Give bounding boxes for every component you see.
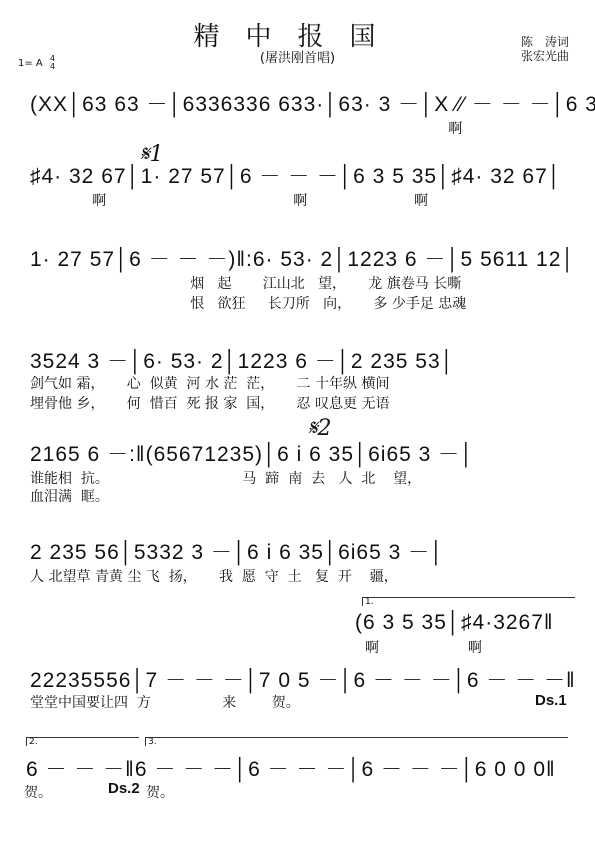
volta-bracket-1: 1. [362, 597, 575, 606]
volta-bracket-3: 3. [145, 737, 568, 746]
lyricist: 陈 涛词 [521, 35, 569, 49]
time-sig-bottom: 4 [50, 62, 55, 71]
lyrics-verse-1: 谁能相 抗。 马 蹄 南 去 人 北 望， [30, 468, 421, 488]
lyrics-verse-2: 埋骨他 乡， 何 惜百 死 报 家 国， 忍 叹息更 无语 [30, 393, 389, 413]
notes: 2 235 56│5332 3 －│6 i 6 35│6i65 3 －│ [30, 536, 444, 566]
score-row-6: 2 235 56│5332 3 －│6 i 6 35│6i65 3 －│ 人 北… [0, 536, 595, 576]
lyrics-verse-2: 恨 欲狂 长刀所 向， 多 少手足 忠魂 [30, 293, 466, 313]
lyrics: 人 北望草 青黄 尘 飞 扬， 我 愿 守 土 复 开 疆， [30, 566, 398, 586]
notes: (XX│63 63 －│6336336 633·│63· 3 －│X ⁄⁄ － … [30, 88, 595, 118]
score-row-9: 2. 3. 6 － － －‖6 － － －│6 － － －│6 － － －│6 … [0, 737, 595, 777]
lyrics: 贺。 [24, 782, 52, 802]
score-row-1: (XX│63 63 －│6336336 633·│63· 3 －│X ⁄⁄ － … [0, 88, 595, 128]
lyrics-verse-1: 烟 起 江山北 望， 龙 旗卷马 长嘶 [30, 273, 461, 293]
time-signature: 4 4 [50, 55, 55, 71]
lyrics: 堂堂中国要让四 方 来 贺。 [30, 692, 300, 712]
lyrics: 啊 啊 [365, 637, 482, 657]
lyrics-verse-2: 血泪满 眶。 [30, 486, 109, 506]
dal-segno-1: Ds.1 [535, 692, 567, 709]
notes: 22235556│7 － － －│7 0 5 －│6 － － －│6 － － －… [30, 664, 576, 694]
notes: 6 － － －‖6 － － －│6 － － －│6 － － －│6 0 0 0‖ [26, 753, 556, 783]
lyrics-verse-1: 剑气如 霜， 心 似黄 河 水 茫 茫， 二 十年纵 横间 [30, 373, 389, 393]
lyrics: 啊 啊 啊 [30, 190, 428, 210]
lyrics: 贺。 [146, 782, 174, 802]
volta-bracket-2: 2. [26, 737, 139, 746]
score-row-2: 𝄋1 ♯4· 32 67│1· 27 57│6 － － －│6 3 5 35│♯… [0, 160, 595, 200]
credits: 陈 涛词 张宏光曲 [521, 35, 569, 63]
notes: 3524 3 －│6· 53· 2│1223 6 －│2 235 53│ [30, 345, 455, 375]
notes: 2165 6 －:‖(65671235)│6 i 6 35│6i65 3 －│ [30, 438, 474, 468]
score-row-4: 3524 3 －│6· 53· 2│1223 6 －│2 235 53│ 剑气如… [0, 345, 595, 385]
score-row-8: 22235556│7 － － －│7 0 5 －│6 － － －│6 － － －… [0, 664, 595, 704]
lyrics: 啊 [30, 118, 462, 138]
song-subtitle: (屠洪刚首唱) [0, 47, 595, 66]
notes: ♯4· 32 67│1· 27 57│6 － － －│6 3 5 35│♯4· … [30, 160, 562, 190]
dal-segno-2: Ds.2 [108, 780, 140, 797]
notes: (6 3 5 35│♯4·3267‖ [355, 611, 554, 635]
score-row-3: 1· 27 57│6 － － －)‖:6· 53· 2│1223 6 －│5 5… [0, 243, 595, 283]
notes: 1· 27 57│6 － － －)‖:6· 53· 2│1223 6 －│5 5… [30, 243, 576, 273]
key-signature: 1= A 4 4 [18, 55, 55, 71]
key-label: 1= A [18, 58, 43, 69]
score-row-5: 𝄋2 2165 6 －:‖(65671235)│6 i 6 35│6i65 3 … [0, 438, 595, 478]
composer: 张宏光曲 [521, 49, 569, 63]
score-row-7: 1. (6 3 5 35│♯4·3267‖ 啊 啊 [0, 597, 595, 637]
